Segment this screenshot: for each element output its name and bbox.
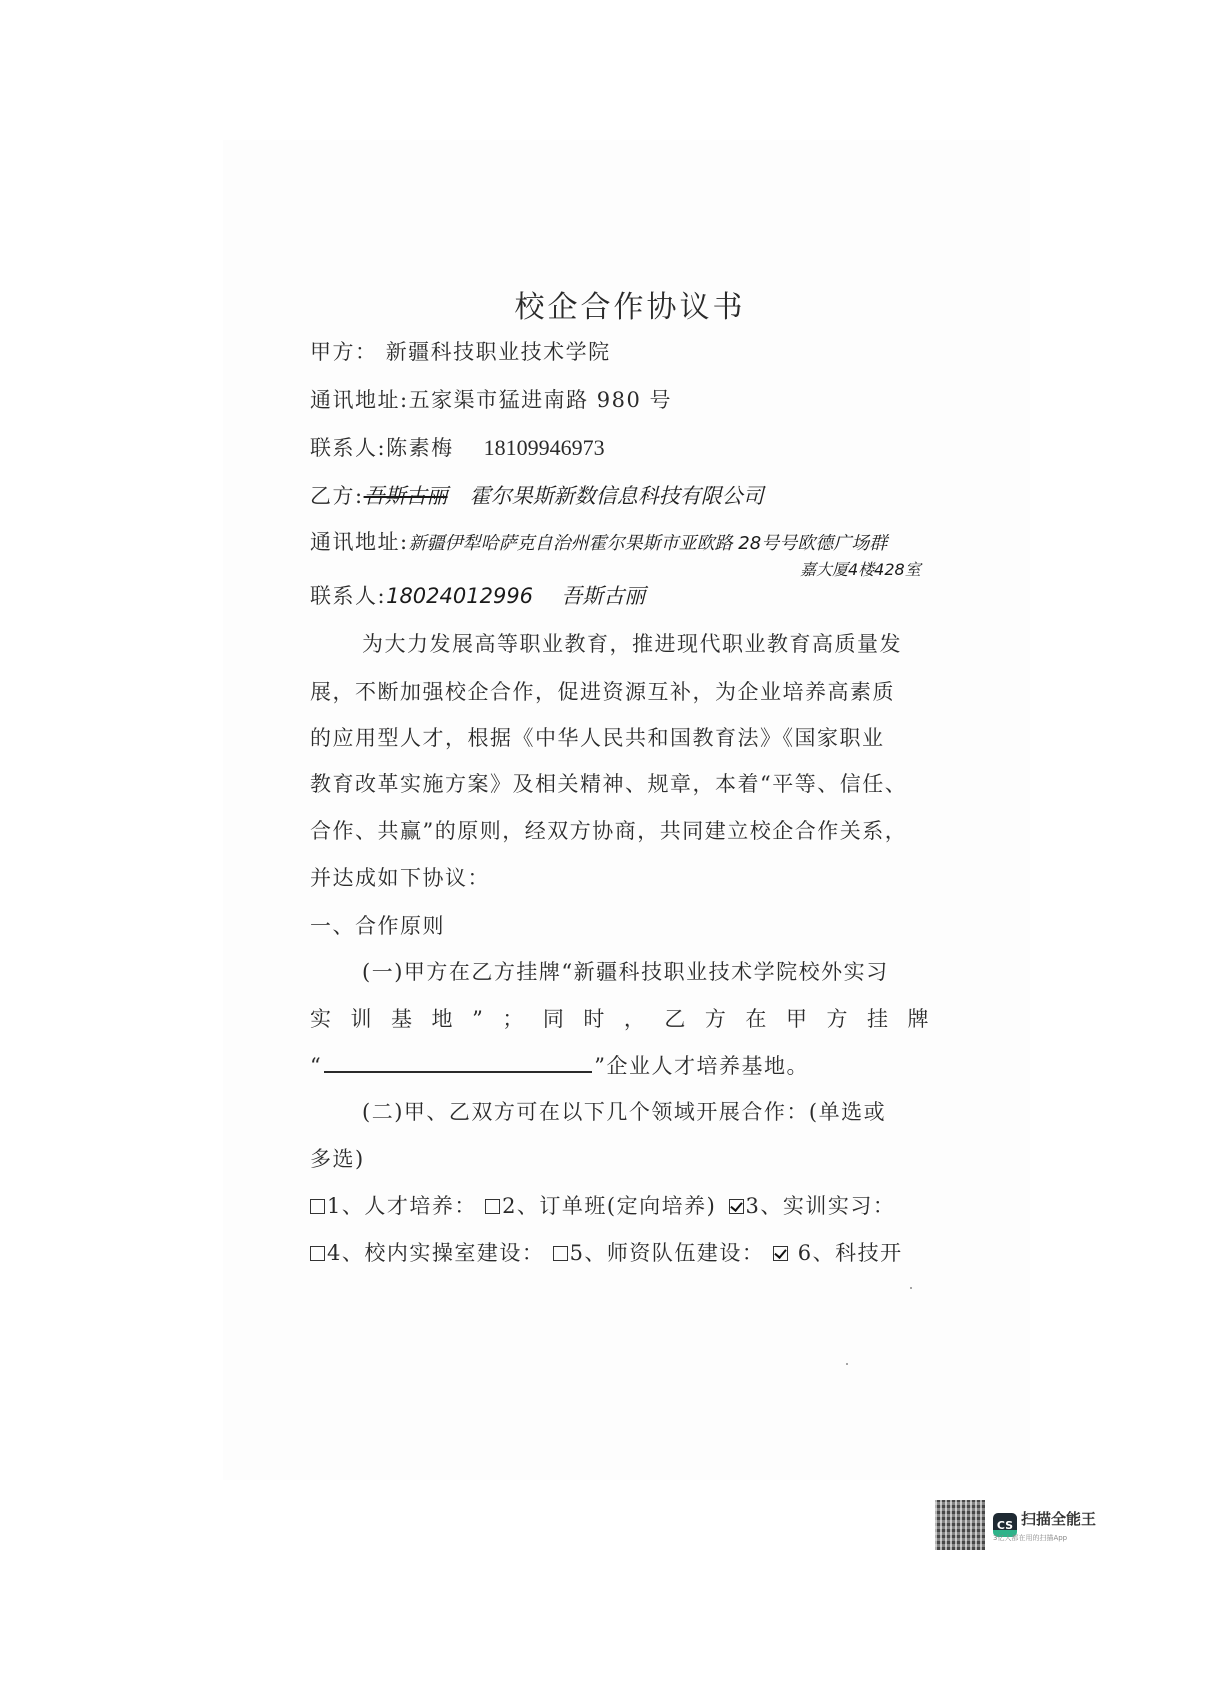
party-b-contact-label: 联系人: bbox=[310, 584, 386, 608]
clause-2-line-2: 多选) bbox=[310, 1145, 365, 1173]
party-b-name-struck: 吾斯古丽 bbox=[364, 484, 448, 508]
char: ” bbox=[472, 1005, 484, 1033]
party-a-contact-label: 联系人: bbox=[310, 436, 386, 460]
party-a-contact-phone: 18109946973 bbox=[484, 435, 605, 460]
party-b-address-line-2: 嘉大厦4楼428室 bbox=[800, 554, 921, 584]
checkbox-option-3[interactable] bbox=[729, 1199, 744, 1214]
party-b-address-2: 嘉大厦4楼428室 bbox=[800, 560, 921, 579]
preamble-line: 展，不断加强校企合作，促进资源互补，为企业培养高素质 bbox=[310, 678, 895, 706]
party-a-address-line: 通讯地址:五家渠市猛进南路 980 号 bbox=[310, 386, 672, 414]
options-row-2: 4、校内实操室建设： 5、师资队伍建设： 6、科技开 bbox=[310, 1239, 903, 1267]
char: ； bbox=[502, 1005, 525, 1033]
party-b-contact-name: 吾斯古丽 bbox=[561, 584, 645, 608]
char: 在 bbox=[745, 1005, 768, 1033]
preamble-line: 教育改革实施方案》及相关精神、规章，本着“平等、信任、 bbox=[310, 770, 907, 798]
char: 挂 bbox=[867, 1005, 890, 1033]
option-2-label: 2、订单班(定向培养) bbox=[502, 1194, 716, 1218]
watermark-tagline: 3亿人都在用的扫描App bbox=[993, 1533, 1096, 1543]
char: 甲 bbox=[786, 1005, 809, 1033]
blank-fill-line bbox=[324, 1051, 592, 1073]
party-b-address-label: 通讯地址: bbox=[310, 530, 409, 554]
document-title: 校企合作协议书 bbox=[0, 282, 1232, 326]
option-5-label: 5、师资队伍建设： bbox=[570, 1241, 765, 1265]
party-a-name: 新疆科技职业技术学院 bbox=[386, 340, 611, 364]
party-b-label: 乙方: bbox=[310, 484, 364, 508]
option-3-label: 3、实训实习： bbox=[746, 1194, 896, 1218]
scan-speck bbox=[910, 1287, 912, 1289]
char: 实 bbox=[310, 1005, 333, 1033]
clause-1-line-2: 实 训 基 地 ” ； 同 时 ， 乙 方 在 甲 方 挂 牌 bbox=[310, 1005, 930, 1033]
clause-1-line-3: “”企业人才培养基地。 bbox=[310, 1051, 809, 1080]
party-b-address-1: 新疆伊犁哈萨克自治州霍尔果斯市亚欧路 28号号欧德广场群 bbox=[409, 533, 888, 554]
char: 乙 bbox=[664, 1005, 687, 1033]
char: 训 bbox=[351, 1005, 374, 1033]
options-row-1: 1、人才培养： 2、订单班(定向培养) 3、实训实习： bbox=[310, 1192, 895, 1220]
char: 同 bbox=[543, 1005, 566, 1033]
clause-1-line-1: (一)甲方在乙方挂牌“新疆科技职业技术学院校外实习 bbox=[362, 958, 889, 986]
party-b-contact-line: 联系人:18024012996 吾斯古丽 bbox=[310, 582, 645, 610]
checkbox-option-1[interactable] bbox=[310, 1199, 325, 1214]
preamble-line: 为大力发展高等职业教育，推进现代职业教育高质量发 bbox=[362, 630, 902, 658]
checkbox-option-2[interactable] bbox=[485, 1199, 500, 1214]
char: ， bbox=[624, 1005, 647, 1033]
section-heading: 一、合作原则 bbox=[310, 912, 445, 940]
checkbox-option-4[interactable] bbox=[310, 1246, 325, 1261]
qr-code-icon bbox=[935, 1500, 985, 1550]
party-b-line: 乙方:吾斯古丽 霍尔果斯新数信息科技有限公司 bbox=[310, 482, 764, 510]
scan-speck bbox=[846, 1363, 848, 1365]
preamble-line: 的应用型人才，根据《中华人民共和国教育法》《国家职业 bbox=[310, 724, 885, 752]
party-b-contact-phone: 18024012996 bbox=[386, 584, 533, 608]
char: 地 bbox=[432, 1005, 455, 1033]
option-1-label: 1、人才培养： bbox=[327, 1194, 477, 1218]
checkbox-option-6[interactable] bbox=[773, 1246, 788, 1261]
party-a-contact-name: 陈素梅 bbox=[386, 436, 454, 460]
open-quote: “ bbox=[310, 1054, 322, 1078]
char: 方 bbox=[826, 1005, 849, 1033]
option-4-label: 4、校内实操室建设： bbox=[327, 1241, 544, 1265]
clause-2-line-1: (二)甲、乙双方可在以下几个领域开展合作：(单选或 bbox=[362, 1098, 886, 1126]
party-a-address-label: 通讯地址: bbox=[310, 388, 409, 412]
party-b-name: 霍尔果斯新数信息科技有限公司 bbox=[470, 484, 764, 508]
char: 牌 bbox=[907, 1005, 930, 1033]
char: 方 bbox=[705, 1005, 728, 1033]
char: 时 bbox=[583, 1005, 606, 1033]
preamble-line: 并达成如下协议： bbox=[310, 864, 490, 892]
option-6-label: 6、科技开 bbox=[790, 1241, 903, 1265]
watermark-app-name: 扫描全能王 bbox=[1021, 1507, 1096, 1531]
char: 基 bbox=[391, 1005, 414, 1033]
clause-1-rest: ”企业人才培养基地。 bbox=[594, 1054, 809, 1078]
party-a-line: 甲方： 新疆科技职业技术学院 bbox=[310, 338, 611, 366]
checkbox-option-5[interactable] bbox=[553, 1246, 568, 1261]
party-a-contact-line: 联系人:陈素梅18109946973 bbox=[310, 434, 605, 462]
party-a-label: 甲方： bbox=[310, 340, 378, 364]
preamble-line: 合作、共赢”的原则，经双方协商，共同建立校企合作关系， bbox=[310, 817, 907, 845]
party-a-address: 五家渠市猛进南路 980 号 bbox=[409, 388, 672, 412]
camscanner-watermark: CS 扫描全能王 3亿人都在用的扫描App bbox=[935, 1500, 1096, 1550]
